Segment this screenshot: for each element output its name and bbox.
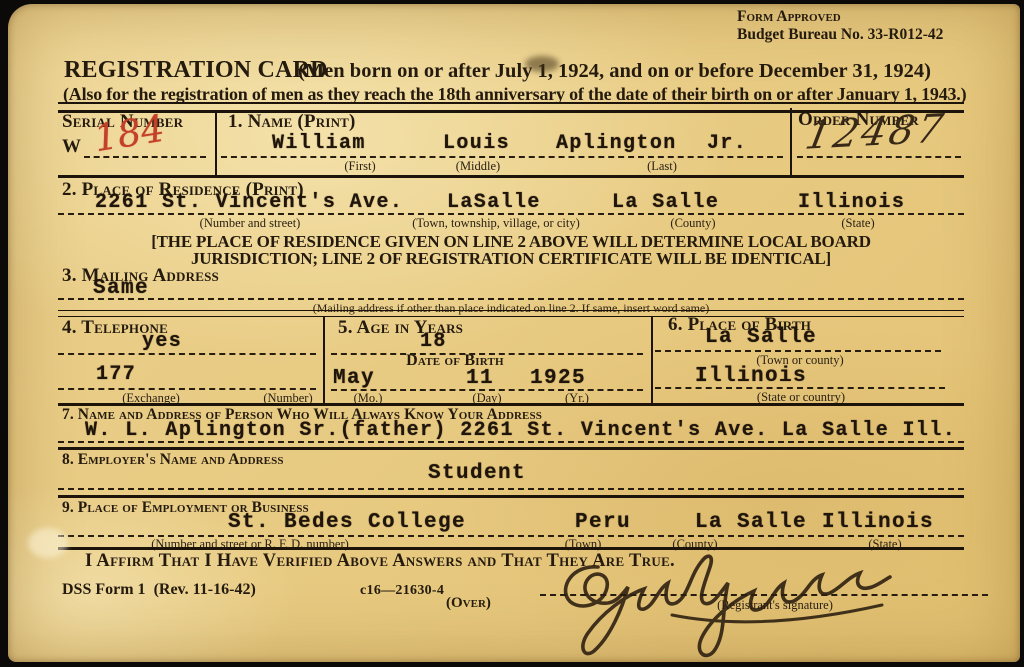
- registrant-signature: [552, 535, 897, 661]
- street-sublabel: (Number and street): [172, 216, 328, 231]
- row-double-rule: [58, 310, 964, 317]
- page-title: REGISTRATION CARD: [64, 57, 328, 84]
- employer-label: 8. Employer's Name and Address: [62, 451, 284, 469]
- cell-divider: [651, 316, 653, 404]
- dashed-line: [655, 387, 945, 389]
- row-rule: [58, 495, 964, 498]
- form-number-text: DSS Form 1: [62, 581, 146, 598]
- county-sublabel: (County): [654, 216, 732, 231]
- employment-county-value: La Salle: [695, 511, 807, 534]
- form-approved-stamp: Form Approved: [737, 8, 841, 26]
- mailing-value: Same: [93, 277, 149, 300]
- employment-name-value: St. Bedes College: [228, 511, 466, 534]
- state-sublabel: (State): [820, 216, 896, 231]
- dashed-line: [221, 156, 783, 158]
- form-revision: (Rev. 11-16-42): [154, 581, 256, 598]
- middle-sublabel: (Middle): [438, 159, 518, 174]
- print-code: c16—21630-4: [360, 583, 444, 599]
- paper-blemish: [28, 528, 68, 558]
- dashed-line: [84, 156, 206, 158]
- jurisdiction-note-line1: [THE PLACE OF RESIDENCE GIVEN ON LINE 2 …: [58, 233, 964, 250]
- residence-street-value: 2261 St. Vincent's Ave.: [95, 191, 403, 214]
- cell-divider: [790, 108, 792, 176]
- dashed-line: [58, 213, 964, 215]
- budget-bureau-number: Budget Bureau No. 33-R012-42: [737, 26, 943, 44]
- row-rule: [58, 175, 964, 178]
- row-rule: [58, 447, 964, 450]
- age-value: 18: [420, 330, 447, 353]
- first-sublabel: (First): [328, 159, 392, 174]
- birth-day-value: 11: [466, 367, 494, 390]
- title-qualifier: (Men born on or after July 1, 1924, and …: [298, 60, 931, 83]
- employer-value: Student: [428, 462, 526, 485]
- dashed-line: [58, 353, 316, 355]
- name-first-value: William: [272, 132, 366, 155]
- residence-state-value: Illinois: [798, 191, 905, 214]
- birth-year-value: 1925: [530, 367, 586, 390]
- over-label: (Over): [446, 595, 491, 612]
- employment-town-value: Peru: [575, 511, 631, 534]
- employment-state-value: Illinois: [822, 511, 934, 534]
- name-middle-value: Louis: [443, 132, 510, 155]
- serial-prefix: W: [62, 136, 81, 158]
- last-sublabel: (Last): [624, 159, 700, 174]
- name-last-value: Aplington: [556, 132, 677, 155]
- telephone-number-value: 177: [96, 363, 136, 386]
- order-number-handwritten: 12487: [802, 106, 950, 159]
- name-label: 1. Name (Print): [228, 111, 356, 133]
- telephone-answer-value: yes: [142, 330, 182, 353]
- birth-month-value: May: [333, 367, 375, 390]
- residence-city-value: LaSalle: [447, 191, 541, 214]
- dashed-line: [58, 488, 964, 490]
- birthplace-town-value: La Salle: [705, 326, 817, 349]
- dashed-line: [58, 441, 964, 443]
- registration-card-scan: Form Approved Budget Bureau No. 33-R012-…: [0, 0, 1024, 667]
- birthplace-state-value: Illinois: [695, 365, 807, 388]
- name-suffix-value: Jr.: [707, 132, 747, 155]
- form-number: DSS Form 1 (Rev. 11-16-42): [62, 581, 256, 599]
- dashed-line: [58, 298, 964, 300]
- ink-smudge: [525, 56, 559, 72]
- residence-county-value: La Salle: [612, 191, 719, 214]
- contact-value: W. L. Aplington Sr.(father) 2261 St. Vin…: [85, 419, 956, 442]
- dashed-line: [797, 156, 961, 158]
- date-of-birth-label: Date of Birth: [380, 352, 530, 370]
- dashed-line: [655, 350, 941, 352]
- dashed-line: [58, 388, 316, 390]
- cell-divider: [215, 110, 217, 176]
- city-sublabel: (Town, township, village, or city): [384, 216, 608, 231]
